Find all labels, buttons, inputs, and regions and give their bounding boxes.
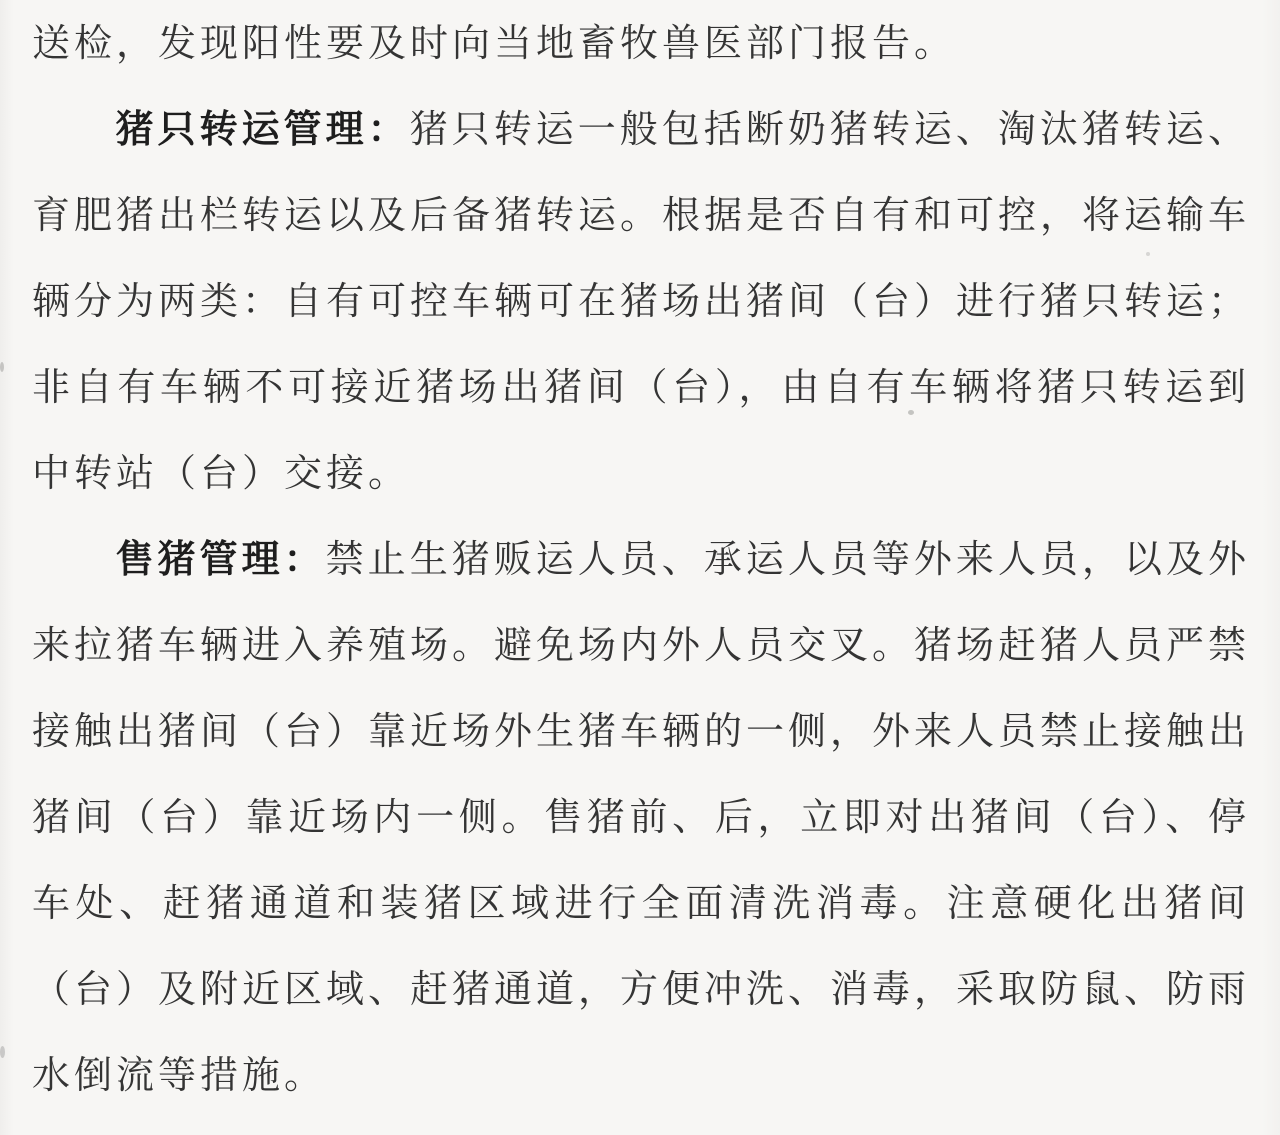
document-page: 送检，发现阳性要及时向当地畜牧兽医部门报告。 猪只转运管理：猪只转运一般包括断奶…	[0, 0, 1280, 1135]
document-text: 送检，发现阳性要及时向当地畜牧兽医部门报告。 猪只转运管理：猪只转运一般包括断奶…	[32, 1, 1250, 1119]
scan-artifact	[0, 1046, 5, 1058]
paragraph-pig-transfer-management: 猪只转运管理：猪只转运一般包括断奶猪转运、淘汰猪转运、育肥猪出栏转运以及后备猪转…	[32, 87, 1250, 517]
paragraph-continuation: 送检，发现阳性要及时向当地畜牧兽医部门报告。	[32, 1, 1250, 87]
paragraph-body: 禁止生猪贩运人员、承运人员等外来人员，以及外来拉猪车辆进入养殖场。避免场内外人员…	[32, 539, 1250, 1097]
scan-artifact	[0, 362, 4, 372]
paragraph-body: 送检，发现阳性要及时向当地畜牧兽医部门报告。	[32, 23, 956, 65]
scan-artifact	[908, 410, 914, 415]
paragraph-pig-sale-management: 售猪管理：禁止生猪贩运人员、承运人员等外来人员，以及外来拉猪车辆进入养殖场。避免…	[32, 517, 1250, 1119]
paragraph-heading: 售猪管理：	[116, 539, 326, 581]
scan-artifact	[1146, 252, 1150, 256]
paragraph-body: 猪只转运一般包括断奶猪转运、淘汰猪转运、育肥猪出栏转运以及后备猪转运。根据是否自…	[32, 109, 1250, 495]
paragraph-heading: 猪只转运管理：	[116, 109, 410, 151]
